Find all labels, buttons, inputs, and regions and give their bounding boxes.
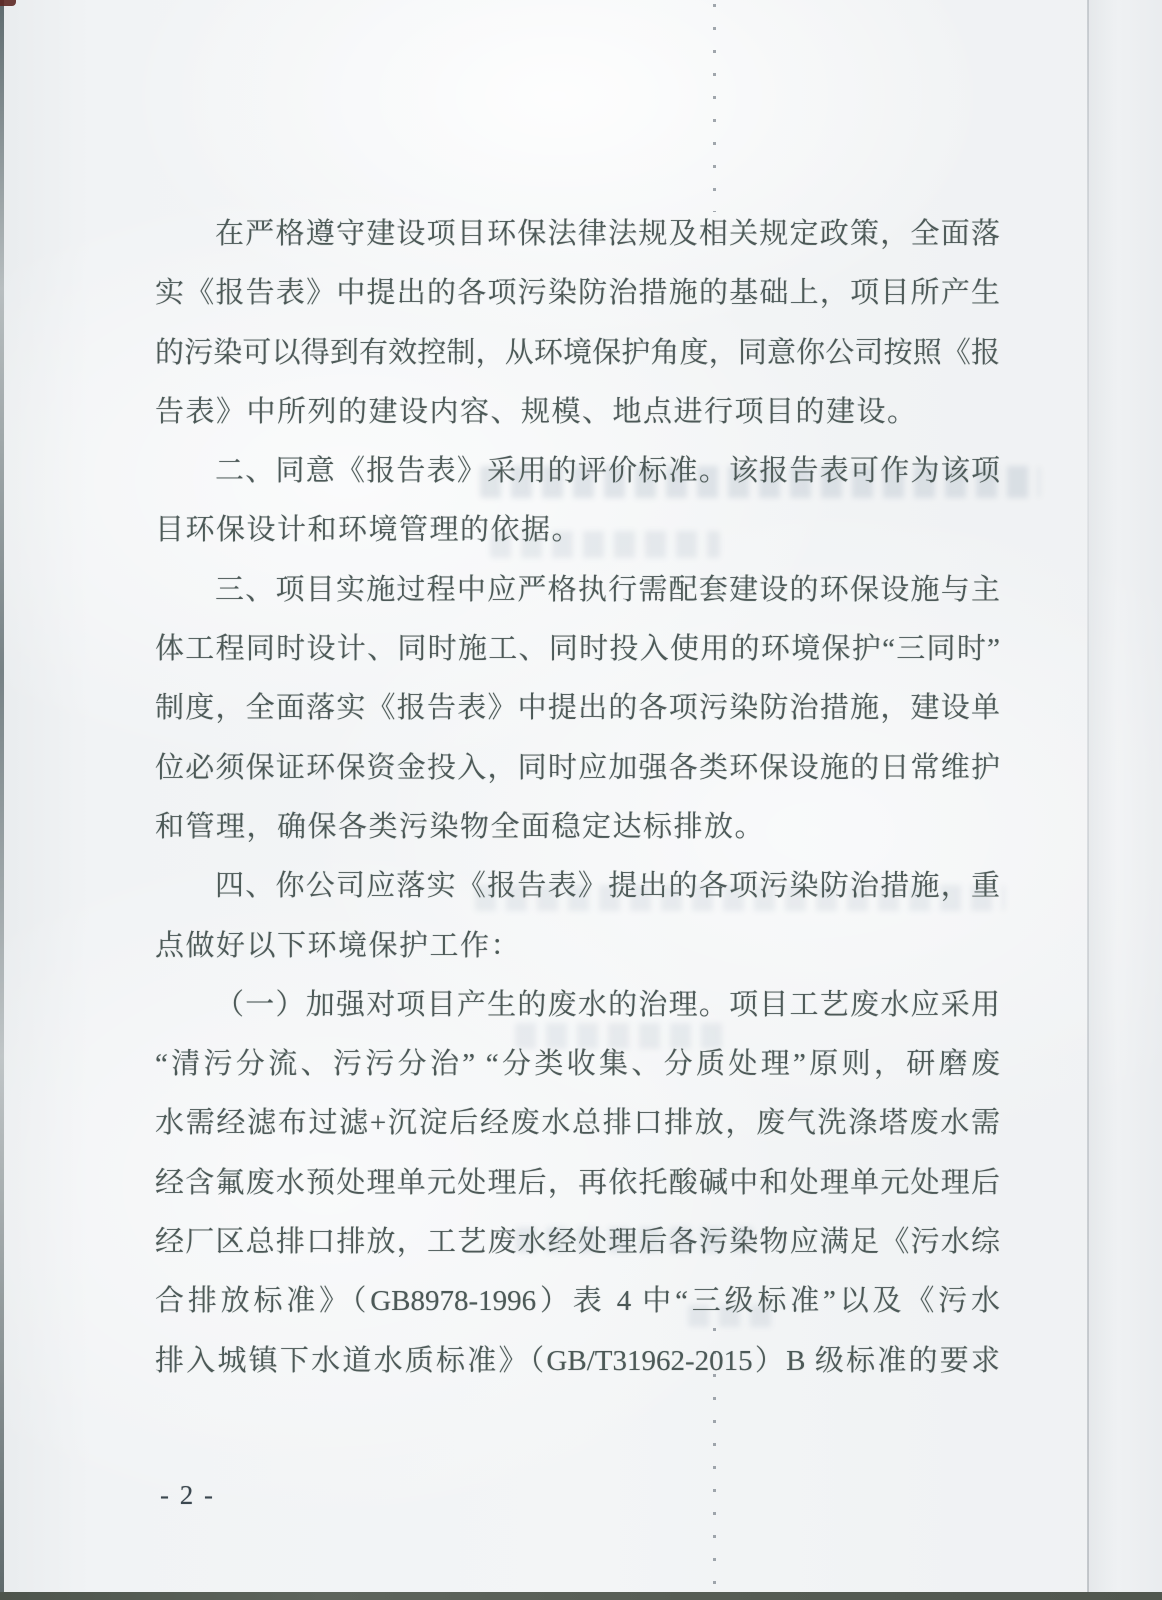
doc-line: “清污分流、污污分治” “分类收集、分质处理”原则，研磨废 (155, 1035, 1000, 1094)
doc-line: （一）加强对项目产生的废水的治理。项目工艺废水应采用 (155, 976, 1000, 1035)
doc-line: 告表》中所列的建设内容、规模、地点进行项目的建设。 (155, 383, 1000, 442)
doc-line: 二、同意《报告表》采用的评价标准。该报告表可作为该项 (155, 442, 1000, 501)
doc-line: 体工程同时设计、同时施工、同时投入使用的环境保护“三同时” (155, 620, 1000, 679)
doc-line: 经厂区总排口排放，工艺废水经处理后各污染物应满足《污水综 (155, 1213, 1000, 1272)
doc-line: 四、你公司应落实《报告表》提出的各项污染防治措施，重 (155, 857, 1000, 916)
doc-line: 的污染可以得到有效控制，从环境保护角度，同意你公司按照《报 (155, 324, 1000, 383)
doc-line: 水需经滤布过滤+沉淀后经废水总排口排放，废气洗涤塔废水需 (155, 1094, 1000, 1153)
doc-line: 合排放标准》（GB8978-1996）表 4 中“三级标准”以及《污水 (155, 1272, 1000, 1331)
scan-corner-speck (0, 0, 16, 6)
paper-crease (1087, 0, 1089, 1600)
doc-line: 点做好以下环境保护工作： (155, 917, 1000, 976)
scan-bottom-edge (0, 1592, 1162, 1600)
doc-line: 排入城镇下水道水质标准》（GB/T31962-2015）B 级标准的要求 (155, 1332, 1000, 1391)
doc-line: 和管理，确保各类污染物全面稳定达标排放。 (155, 798, 1000, 857)
fold-line-top (713, 4, 716, 212)
doc-line: 三、项目实施过程中应严格执行需配套建设的环保设施与主 (155, 561, 1000, 620)
doc-line: 在严格遵守建设项目环保法律法规及相关规定政策，全面落 (155, 205, 1000, 264)
scan-left-edge (0, 0, 4, 1600)
doc-line: 经含氟废水预处理单元处理后，再依托酸碱中和处理单元处理后 (155, 1154, 1000, 1213)
text-block: 在严格遵守建设项目环保法律法规及相关规定政策，全面落实《报告表》中提出的各项污染… (155, 205, 1000, 1391)
page-right-edge-band (1088, 0, 1162, 1600)
page-number: - 2 - (160, 1480, 215, 1511)
doc-line: 实《报告表》中提出的各项污染防治措施的基础上，项目所产生 (155, 264, 1000, 323)
doc-line: 目环保设计和环境管理的依据。 (155, 501, 1000, 560)
doc-line: 制度，全面落实《报告表》中提出的各项污染防治措施，建设单 (155, 679, 1000, 738)
doc-line: 位必须保证环保资金投入，同时应加强各类环保设施的日常维护 (155, 739, 1000, 798)
